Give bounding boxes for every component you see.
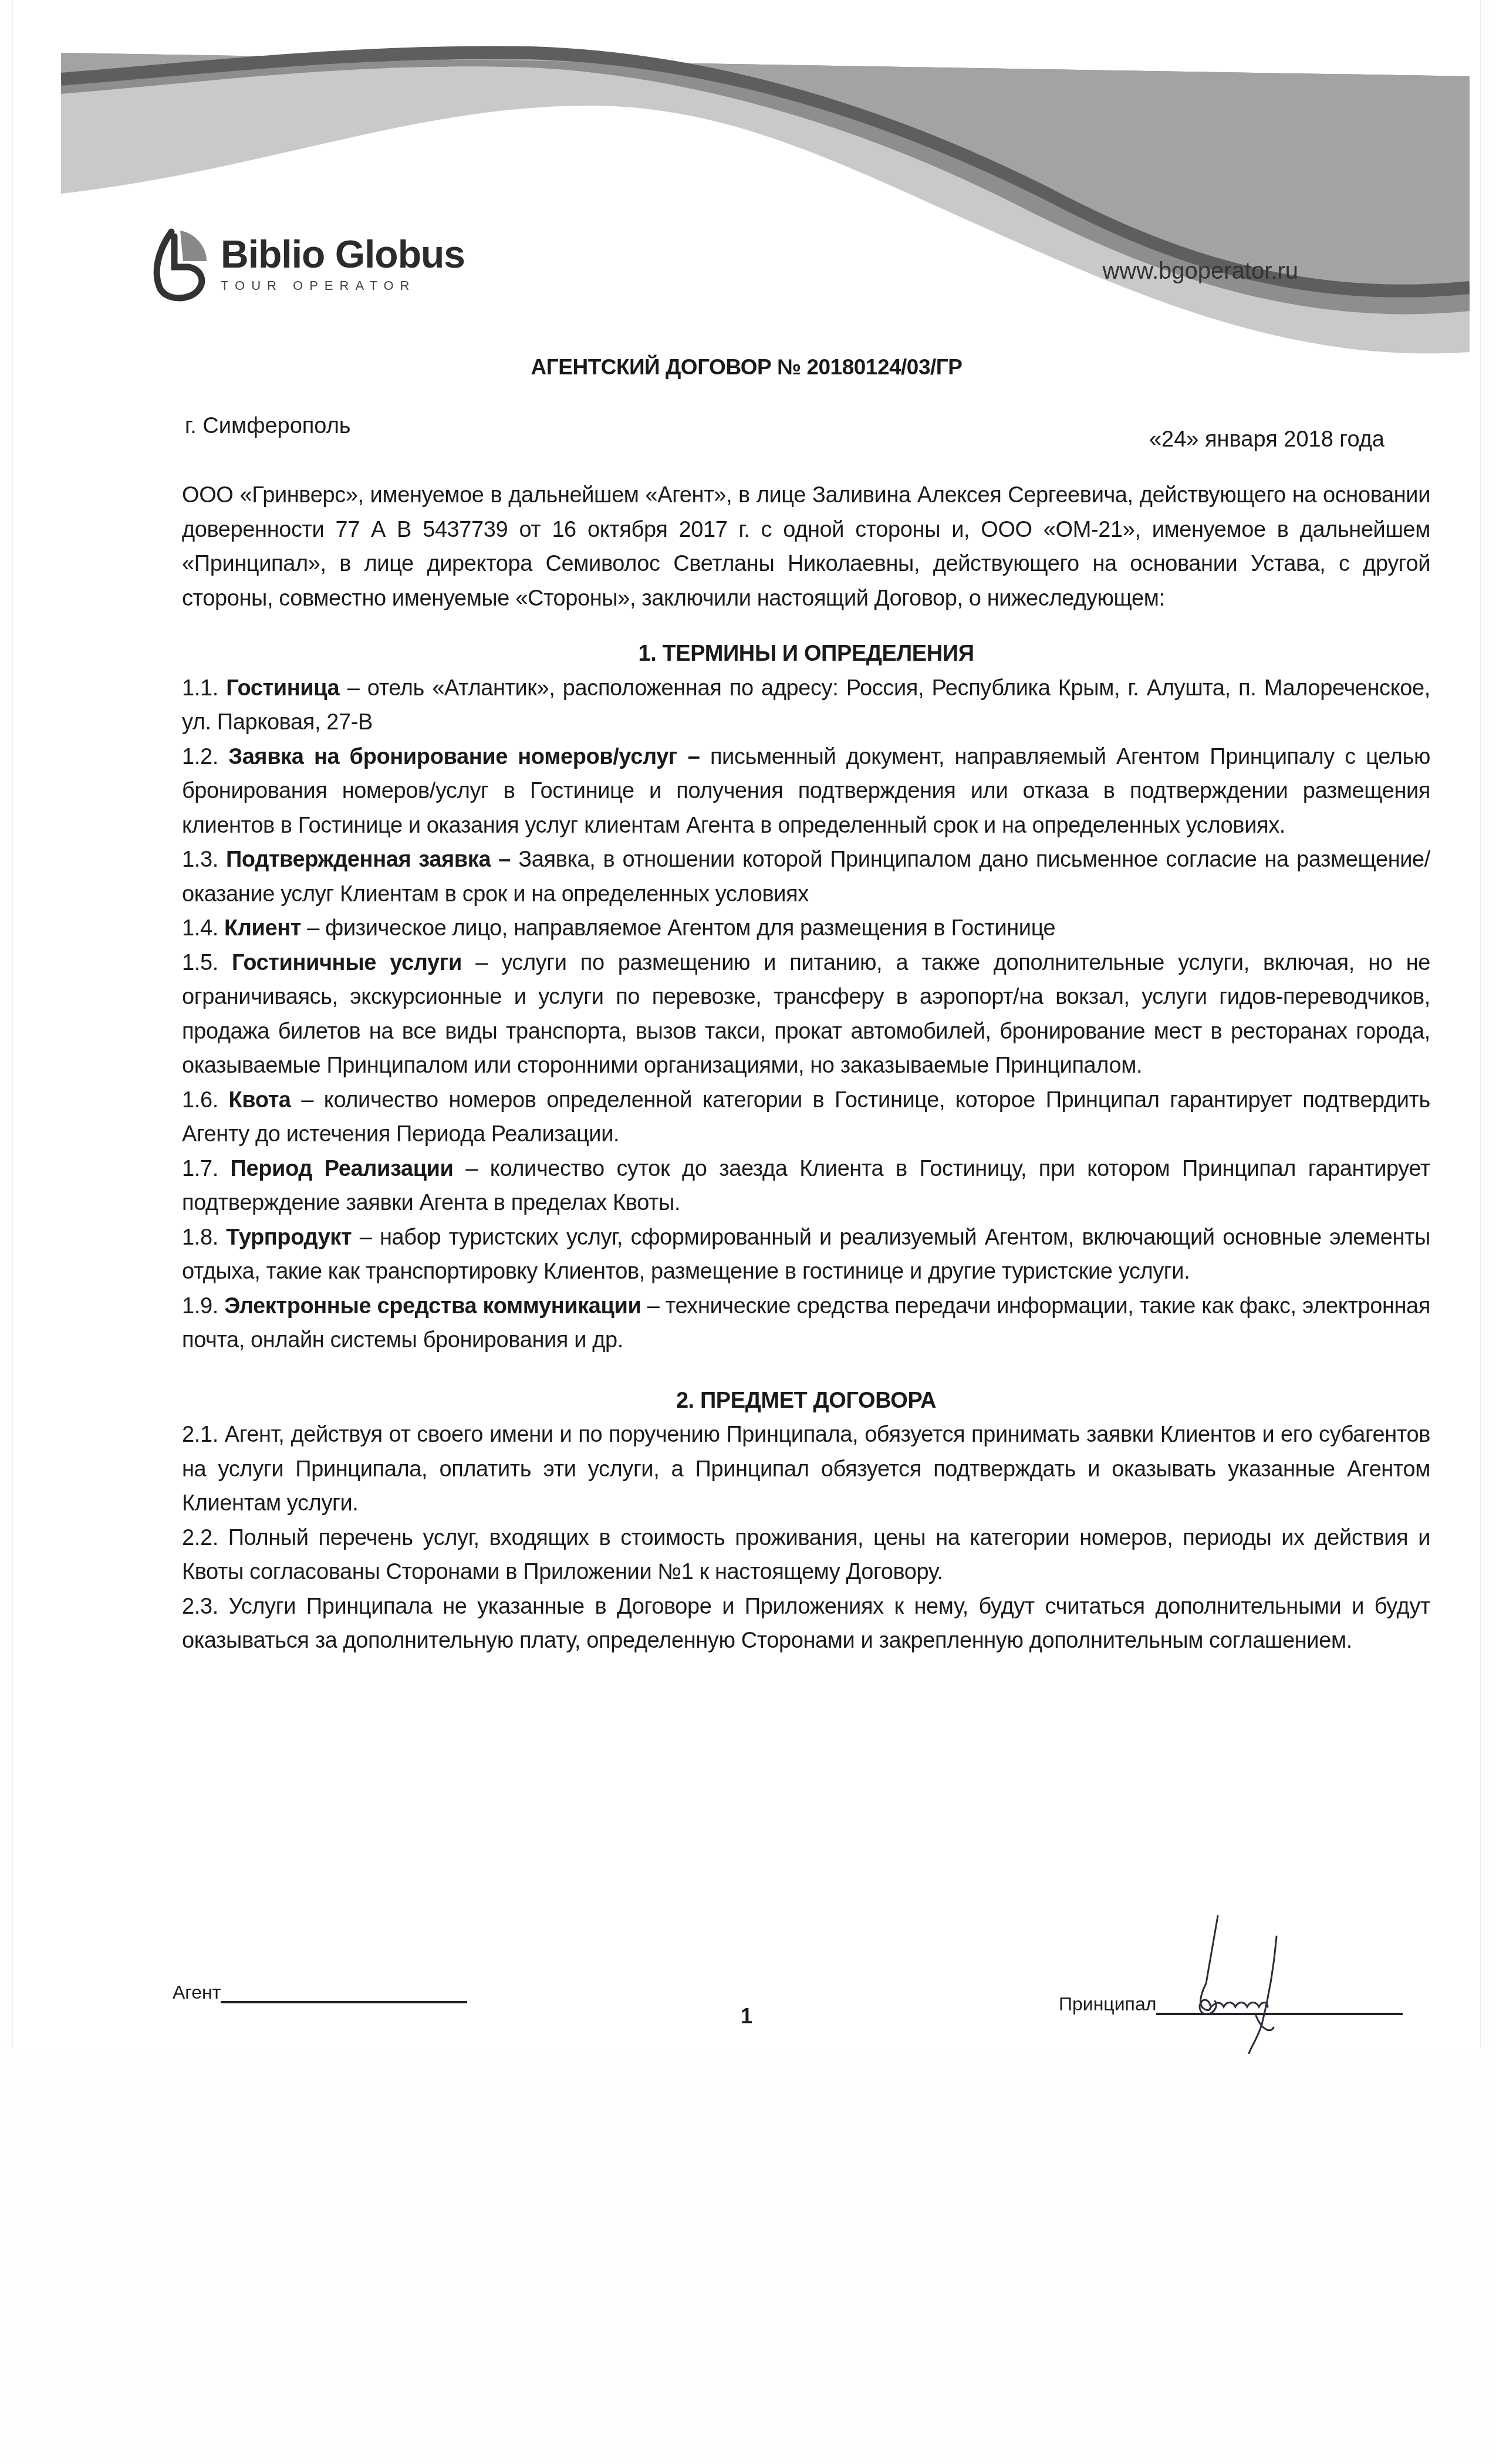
scanned-page: Biblio Globus TOUR OPERATOR www.bgoperat… <box>12 0 1481 2048</box>
signature-footer: Агент 1 Принципал <box>13 1972 1480 2042</box>
clause-2-1: 2.1. Агент, действуя от своего имени и п… <box>182 1418 1430 1521</box>
clause-1-8: 1.8. Турпродукт – набор туристских услуг… <box>182 1221 1430 1289</box>
section-heading-terms: 1. ТЕРМИНЫ И ОПРЕДЕЛЕНИЯ <box>182 637 1430 671</box>
principal-signature-block: Принципал <box>1059 1983 1403 2015</box>
document-date: «24» января 2018 года <box>1149 427 1384 452</box>
clause-term: Квота <box>229 1088 291 1113</box>
handwritten-signature-icon <box>1174 1913 1285 2054</box>
brand-logo: Biblio Globus TOUR OPERATOR <box>148 226 465 302</box>
agent-signature-line <box>221 1978 467 2003</box>
clause-2-2: 2.2. Полный перечень услуг, входящих в с… <box>182 1521 1430 1590</box>
principal-signature-line <box>1156 1983 1403 2015</box>
biblio-globus-logo-icon <box>148 226 212 302</box>
clause-1-1: 1.1. Гостиница – отель «Атлантик», распо… <box>182 671 1430 740</box>
agent-label: Агент <box>173 1982 221 2003</box>
clause-1-9: 1.9. Электронные средства коммуникации –… <box>182 1289 1430 1358</box>
clause-1-3: 1.3. Подтвержденная заявка – Заявка, в о… <box>182 843 1430 911</box>
section-heading-subject: 2. ПРЕДМЕТ ДОГОВОРА <box>182 1384 1430 1418</box>
header-wave-banner <box>61 35 1470 364</box>
clause-term: Электронные средства коммуникации <box>224 1294 641 1319</box>
agent-signature-block: Агент <box>173 1978 467 2003</box>
clause-term: Гостиничные услуги <box>232 951 462 975</box>
clause-1-4: 1.4. Клиент – физическое лицо, направляе… <box>182 911 1430 946</box>
clause-term: Заявка на бронирование номеров/услуг – <box>228 745 700 769</box>
website-url: www.bgoperator.ru <box>1102 258 1298 285</box>
clause-term: Подтвержденная заявка – <box>226 847 511 872</box>
clause-1-5: 1.5. Гостиничные услуги – услуги по разм… <box>182 946 1430 1083</box>
brand-tagline: TOUR OPERATOR <box>221 278 465 293</box>
clause-term: Турпродукт <box>226 1225 352 1250</box>
document-body: ООО «Гринверс», именуемое в дальнейшем «… <box>182 478 1430 1658</box>
clause-1-7: 1.7. Период Реализации – количество суто… <box>182 1152 1430 1221</box>
clause-term: Клиент <box>224 916 301 941</box>
clause-2-3: 2.3. Услуги Принципала не указанные в До… <box>182 1590 1430 1658</box>
principal-label: Принципал <box>1059 1993 1156 2015</box>
clause-1-2: 1.2. Заявка на бронирование номеров/услу… <box>182 740 1430 843</box>
document-title: АГЕНТСКИЙ ДОГОВОР № 20180124/03/ГР <box>13 355 1480 380</box>
document-city: г. Симферополь <box>185 414 351 439</box>
intro-paragraph: ООО «Гринверс», именуемое в дальнейшем «… <box>182 478 1430 616</box>
clause-term: Период Реализации <box>231 1157 454 1181</box>
clause-term: Гостиница <box>226 676 339 701</box>
clause-1-6: 1.6. Квота – количество номеров определе… <box>182 1083 1430 1152</box>
brand-name: Biblio Globus <box>221 235 465 273</box>
